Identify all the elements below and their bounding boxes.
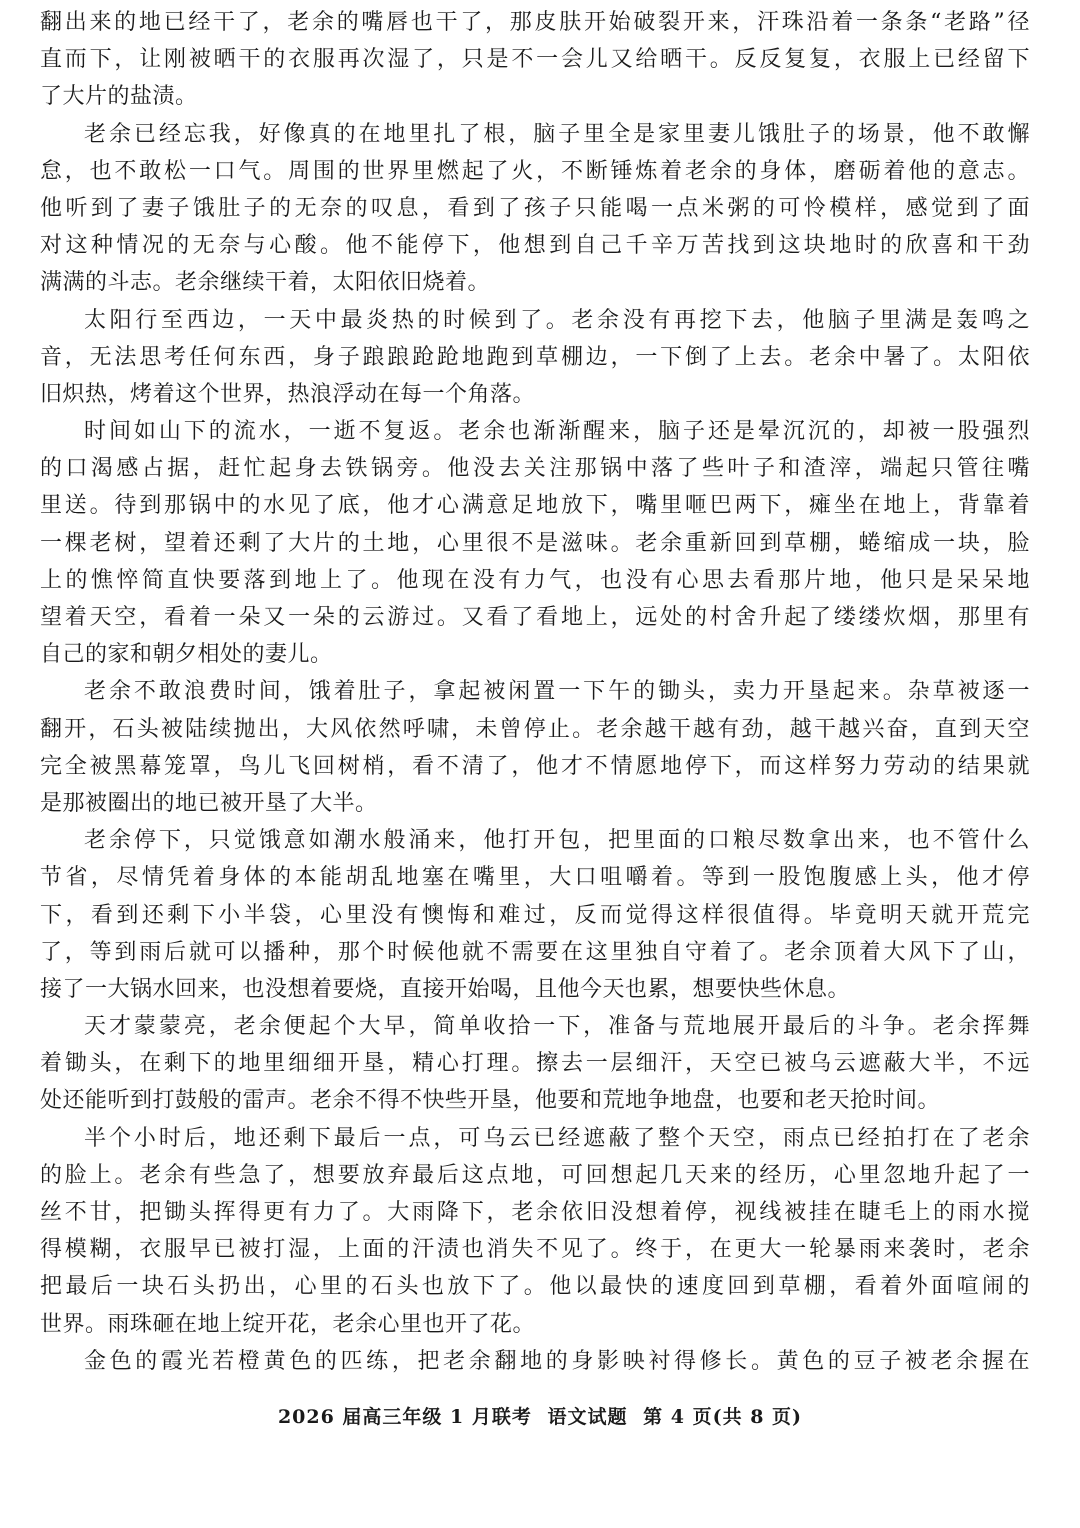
text-line: 翻出来的地已经干了，老余的嘴唇也干了，那皮肤开始破裂开来，汗珠沿着一条条“老路”…: [40, 4, 1030, 41]
paragraph: 老余不敢浪费时间，饿着肚子，拿起被闲置一下午的锄头，卖力开垦起来。杂草被逐一翻开…: [40, 673, 1030, 822]
text-line: 节省，尽情凭着身体的本能胡乱地塞在嘴里，大口咀嚼着。等到一股饱腹感上头，他才停: [40, 859, 1030, 896]
text-line: 下，看到还剩下小半袋，心里没有懊悔和难过，反而觉得这样很值得。毕竟明天就开荒完: [40, 897, 1030, 934]
paragraph: 时间如山下的流水，一逝不复返。老余也渐渐醒来，脑子还是晕沉沉的，却被一股强烈的口…: [40, 413, 1030, 673]
text-line: 的脸上。老余有些急了，想要放弃最后这点地，可回想起几天来的经历，心里忽地升起了一: [40, 1157, 1030, 1194]
text-line: 怠，也不敢松一口气。周围的世界里燃起了火，不断锤炼着老余的身体，磨砺着他的意志。: [40, 153, 1030, 190]
paragraph: 天才蒙蒙亮，老余便起个大早，简单收拾一下，准备与荒地展开最后的斗争。老余挥舞着锄…: [40, 1008, 1030, 1120]
text-line: 望着天空，看着一朵又一朵的云游过。又看了看地上，远处的村舍升起了缕缕炊烟，那里有: [40, 599, 1030, 636]
text-line: 着锄头，在剩下的地里细细开垦，精心打理。擦去一层细汗，天空已被乌云遮蔽大半，不远: [40, 1045, 1030, 1082]
paragraph: 半个小时后，地还剩下最后一点，可乌云已经遮蔽了整个天空，雨点已经拍打在了老余的脸…: [40, 1120, 1030, 1343]
text-line: 老余已经忘我，好像真的在地里扎了根，脑子里全是家里妻儿饿肚子的场景，他不敢懈: [40, 116, 1030, 153]
text-line: 里送。待到那锅中的水见了底，他才心满意足地放下，嘴里咂巴两下，瘫坐在地上，背靠着: [40, 487, 1030, 524]
text-line: 老余不敢浪费时间，饿着肚子，拿起被闲置一下午的锄头，卖力开垦起来。杂草被逐一: [40, 673, 1030, 710]
page-footer: 2026 届高三年级 1 月联考 语文试题 第 4 页(共 8 页): [0, 1402, 1080, 1429]
paragraph: 翻出来的地已经干了，老余的嘴唇也干了，那皮肤开始破裂开来，汗珠沿着一条条“老路”…: [40, 4, 1030, 116]
paragraph: 太阳行至西边，一天中最炎热的时候到了。老余没有再挖下去，他脑子里满是轰鸣之音，无…: [40, 302, 1030, 414]
text-line: 了大片的盐渍。: [40, 78, 1030, 115]
text-line: 是那被圈出的地已被开垦了大半。: [40, 785, 1030, 822]
text-line: 一棵老树，望着还剩了大片的土地，心里很不是滋味。老余重新回到草棚，蜷缩成一块，脸: [40, 525, 1030, 562]
text-line: 他听到了妻子饿肚子的无奈的叹息，看到了孩子只能喝一点米粥的可怜模样，感觉到了面: [40, 190, 1030, 227]
text-line: 接了一大锅水回来，也没想着要烧，直接开始喝，且他今天也累，想要快些休息。: [40, 971, 1030, 1008]
text-line: 处还能听到打鼓般的雷声。老余不得不快些开垦，他要和荒地争地盘，也要和老天抢时间。: [40, 1082, 1030, 1119]
subject-title: 语文试题: [548, 1406, 628, 1428]
text-line: 天才蒙蒙亮，老余便起个大早，简单收拾一下，准备与荒地展开最后的斗争。老余挥舞: [40, 1008, 1030, 1045]
paragraph: 老余已经忘我，好像真的在地里扎了根，脑子里全是家里妻儿饿肚子的场景，他不敢懈怠，…: [40, 116, 1030, 302]
text-line: 直而下，让刚被晒干的衣服再次湿了，只是不一会儿又给晒干。反反复复，衣服上已经留下: [40, 41, 1030, 78]
paragraph: 金色的霞光若橙黄色的匹练，把老余翻地的身影映衬得修长。黄色的豆子被老余握在: [40, 1343, 1030, 1380]
text-line: 丝不甘，把锄头挥得更有力了。大雨降下，老余依旧没想着停，视线被挂在睫毛上的雨水搅: [40, 1194, 1030, 1231]
text-line: 的口渴感占据，赶忙起身去铁锅旁。他没去关注那锅中落了些叶子和渣滓，端起只管往嘴: [40, 450, 1030, 487]
paragraph: 老余停下，只觉饿意如潮水般涌来，他打开包，把里面的口粮尽数拿出来，也不管什么节省…: [40, 822, 1030, 1008]
text-line: 上的憔悴简直快要落到地上了。他现在没有力气，也没有心思去看那片地，他只是呆呆地: [40, 562, 1030, 599]
text-line: 旧炽热，烤着这个世界，热浪浮动在每一个角落。: [40, 376, 1030, 413]
document-body: 翻出来的地已经干了，老余的嘴唇也干了，那皮肤开始破裂开来，汗珠沿着一条条“老路”…: [40, 4, 1030, 1380]
text-line: 完全被黑幕笼罩，鸟儿飞回树梢，看不清了，他才不情愿地停下，而这样努力劳动的结果就: [40, 748, 1030, 785]
text-line: 得模糊，衣服早已被打湿，上面的汗渍也消失不见了。终于，在更大一轮暴雨来袭时，老余: [40, 1231, 1030, 1268]
text-line: 翻开，石头被陆续抛出，大风依然呼啸，未曾停止。老余越干越有劲，越干越兴奋，直到天…: [40, 711, 1030, 748]
exam-title: 2026 届高三年级 1 月联考: [278, 1406, 532, 1428]
page-number: 第 4 页(共 8 页): [643, 1406, 802, 1428]
text-line: 对这种情况的无奈与心酸。他不能停下，他想到自己千辛万苦找到这块地时的欣喜和干劲: [40, 227, 1030, 264]
text-line: 音，无法思考任何东西，身子踉踉跄跄地跑到草棚边，一下倒了上去。老余中暑了。太阳依: [40, 339, 1030, 376]
text-line: 了，等到雨后就可以播种，那个时候他就不需要在这里独自守着了。老余顶着大风下了山，: [40, 934, 1030, 971]
text-line: 半个小时后，地还剩下最后一点，可乌云已经遮蔽了整个天空，雨点已经拍打在了老余: [40, 1120, 1030, 1157]
text-line: 时间如山下的流水，一逝不复返。老余也渐渐醒来，脑子还是晕沉沉的，却被一股强烈: [40, 413, 1030, 450]
text-line: 太阳行至西边，一天中最炎热的时候到了。老余没有再挖下去，他脑子里满是轰鸣之: [40, 302, 1030, 339]
text-line: 自己的家和朝夕相处的妻儿。: [40, 636, 1030, 673]
text-line: 世界。雨珠砸在地上绽开花，老余心里也开了花。: [40, 1306, 1030, 1343]
text-line: 把最后一块石头扔出，心里的石头也放下了。他以最快的速度回到草棚，看着外面喧闹的: [40, 1268, 1030, 1305]
text-line: 满满的斗志。老余继续干着，太阳依旧烧着。: [40, 264, 1030, 301]
text-line: 金色的霞光若橙黄色的匹练，把老余翻地的身影映衬得修长。黄色的豆子被老余握在: [40, 1343, 1030, 1380]
text-line: 老余停下，只觉饿意如潮水般涌来，他打开包，把里面的口粮尽数拿出来，也不管什么: [40, 822, 1030, 859]
